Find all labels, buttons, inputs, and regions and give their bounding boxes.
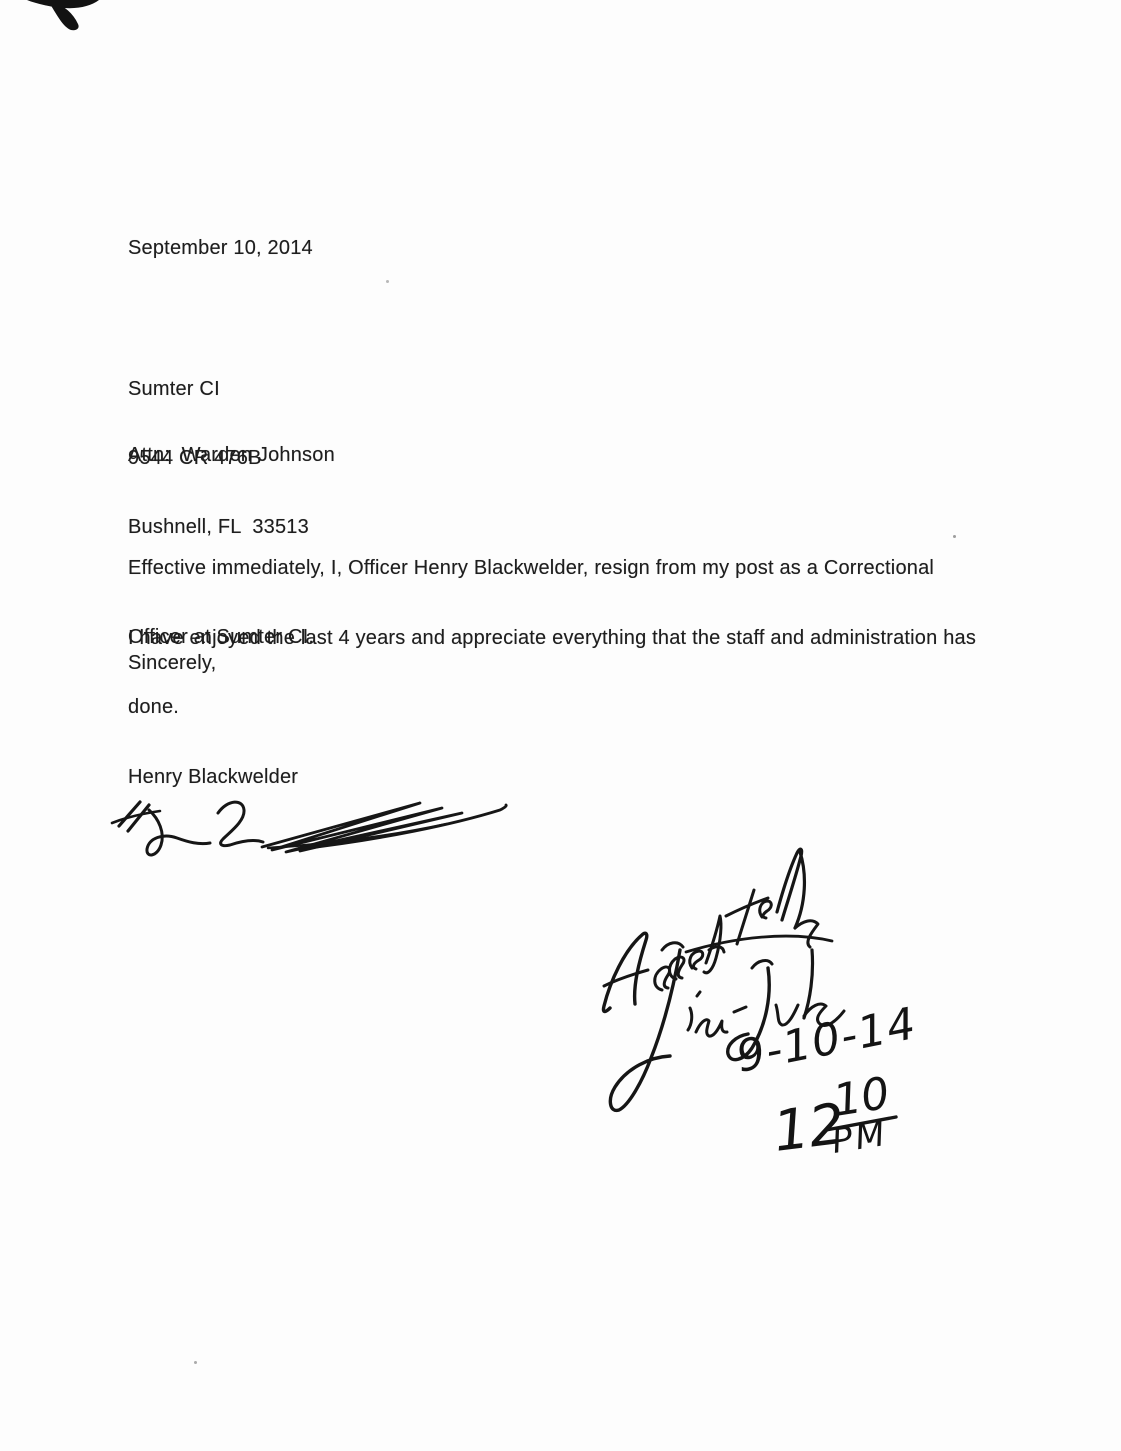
accepted-scrawl: Accepted [603,849,818,1011]
letter-page: September 10, 2014 Sumter CI 9544 CR 476… [0,0,1121,1451]
henry-signature-scrawl: Henry Blackwelder [112,802,506,855]
acceptance-time-meridiem: PM [829,1114,890,1162]
scan-artifact-mark [27,0,99,30]
handwriting-layer: Henry Blackwelder Accepted [0,0,1121,1451]
acceptance-date-text: 9-10-14 [732,998,921,1083]
acceptance-time: 12 10 PM [770,1068,896,1165]
acceptance-date: 9-10-14 [732,998,921,1083]
